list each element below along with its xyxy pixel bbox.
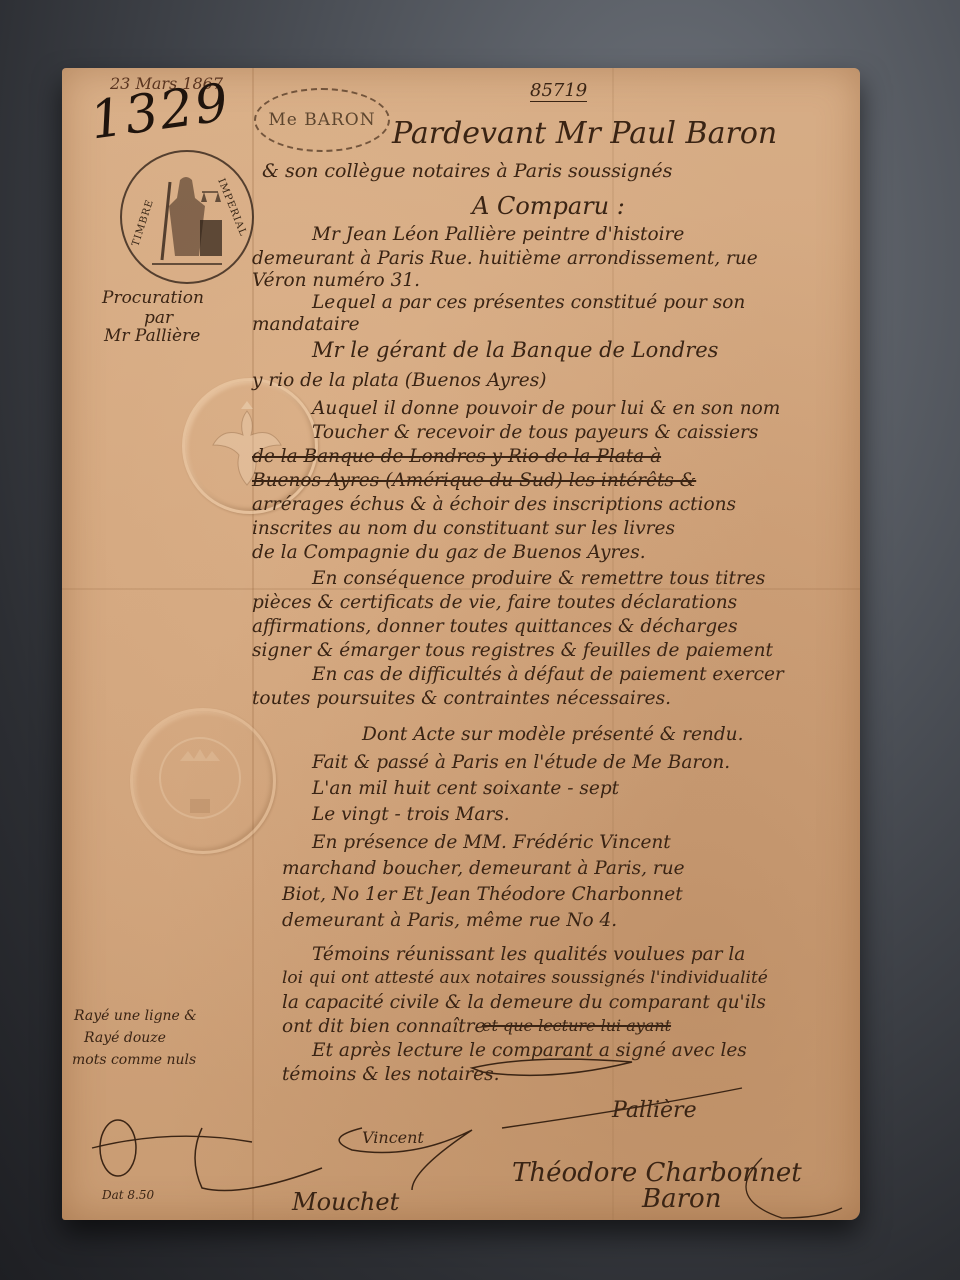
body-line: Dont Acte sur modèle présenté & rendu. — [362, 724, 743, 745]
body-line-struck: Buenos Ayres (Amérique du Sud) les intér… — [252, 470, 696, 491]
erasures-note-line-1: Rayé une ligne & — [74, 1008, 197, 1024]
body-line: toutes poursuites & contraintes nécessai… — [252, 688, 671, 709]
margin-title-line-3: Mr Pallière — [104, 326, 200, 346]
body-line: Toucher & recevoir de tous payeurs & cai… — [312, 422, 758, 443]
body-line: pièces & certificats de vie, faire toute… — [252, 592, 737, 613]
reference-number: 85719 — [530, 80, 587, 102]
notary-stamp: Me BARON — [254, 88, 390, 152]
body-line: ont dit bien connaître — [282, 1016, 485, 1037]
body-line: Témoins réunissant les qualités voulues … — [312, 944, 745, 965]
erasures-note-line-2: Rayé douze — [84, 1030, 166, 1046]
body-line-struck: de la Banque de Londres y Rio de la Plat… — [252, 446, 661, 467]
body-line: Véron numéro 31. — [252, 270, 420, 291]
body-line: Mr le gérant de la Banque de Londres — [312, 338, 718, 362]
body-line: En cas de difficultés à défaut de paieme… — [312, 664, 784, 685]
body-line: L'an mil huit cent soixante - sept — [312, 778, 619, 799]
body-line: En présence de MM. Frédéric Vincent — [312, 832, 671, 853]
signature-comparant: Pallière — [612, 1098, 697, 1123]
body-line: Auquel il donne pouvoir de pour lui & en… — [312, 398, 780, 419]
body-line: Le vingt - trois Mars. — [312, 804, 510, 825]
registration-note: Dat 8.50 — [102, 1188, 154, 1202]
struck-phrase: et que lecture lui ayant — [482, 1016, 671, 1035]
document-page: 23 Mars 1867 1329 85719 Me BARON TIMBRE … — [62, 68, 860, 1220]
margin-title-line-2: par — [144, 308, 173, 328]
justice-figure-icon: TIMBRE IMPERIAL — [122, 152, 252, 282]
body-line: demeurant à Paris, même rue No 4. — [282, 910, 617, 931]
body-line: de la Compagnie du gaz de Buenos Ayres. — [252, 542, 646, 563]
crown-crest-icon — [133, 711, 267, 845]
signature-notary-1: Baron — [642, 1184, 721, 1214]
body-line: arrérages échus & à échoir des inscripti… — [252, 494, 736, 515]
body-line: Mr Jean Léon Pallière peintre d'histoire — [312, 224, 684, 245]
body-line: Et après lecture le comparant a signé av… — [312, 1040, 747, 1061]
folio-number: 1329 — [87, 73, 234, 152]
body-line: marchand boucher, demeurant à Paris, rue — [282, 858, 685, 879]
embossed-notarial-seal — [130, 708, 276, 854]
svg-text:TIMBRE: TIMBRE — [130, 198, 156, 248]
tax-stamp-seal: TIMBRE IMPERIAL — [120, 150, 254, 284]
body-line: mandataire — [252, 314, 360, 335]
body-line: affirmations, donner toutes quittances &… — [252, 616, 738, 637]
signature-witness-1: Vincent — [362, 1128, 424, 1147]
body-line: y rio de la plata (Buenos Ayres) — [252, 370, 546, 391]
body-line: Lequel a par ces présentes constitué pou… — [312, 292, 745, 313]
body-line: signer & émarger tous registres & feuill… — [252, 640, 773, 661]
margin-title-line-1: Procuration — [102, 288, 204, 308]
heading-line-2: & son collègue notaires à Paris soussign… — [262, 160, 672, 182]
erasures-note-line-3: mots comme nuls — [72, 1052, 196, 1068]
signature-notary-2: Mouchet — [292, 1188, 399, 1216]
body-line: demeurant à Paris Rue. huitième arrondis… — [252, 248, 758, 269]
body-line: Fait & passé à Paris en l'étude de Me Ba… — [312, 752, 730, 773]
body-line: En conséquence produire & remettre tous … — [312, 568, 765, 589]
notary-stamp-text: Me BARON — [268, 110, 375, 130]
heading-line-3: A Comparu : — [472, 192, 625, 220]
body-line: inscrites au nom du constituant sur les … — [252, 518, 675, 539]
heading-line-1: Pardevant Mr Paul Baron — [392, 116, 777, 151]
body-line: la capacité civile & la demeure du compa… — [282, 992, 766, 1013]
body-line: témoins & les notaires. — [282, 1064, 499, 1085]
body-line: Biot, No 1er Et Jean Théodore Charbonnet — [282, 884, 683, 905]
body-line: loi qui ont attesté aux notaires soussig… — [282, 968, 768, 988]
